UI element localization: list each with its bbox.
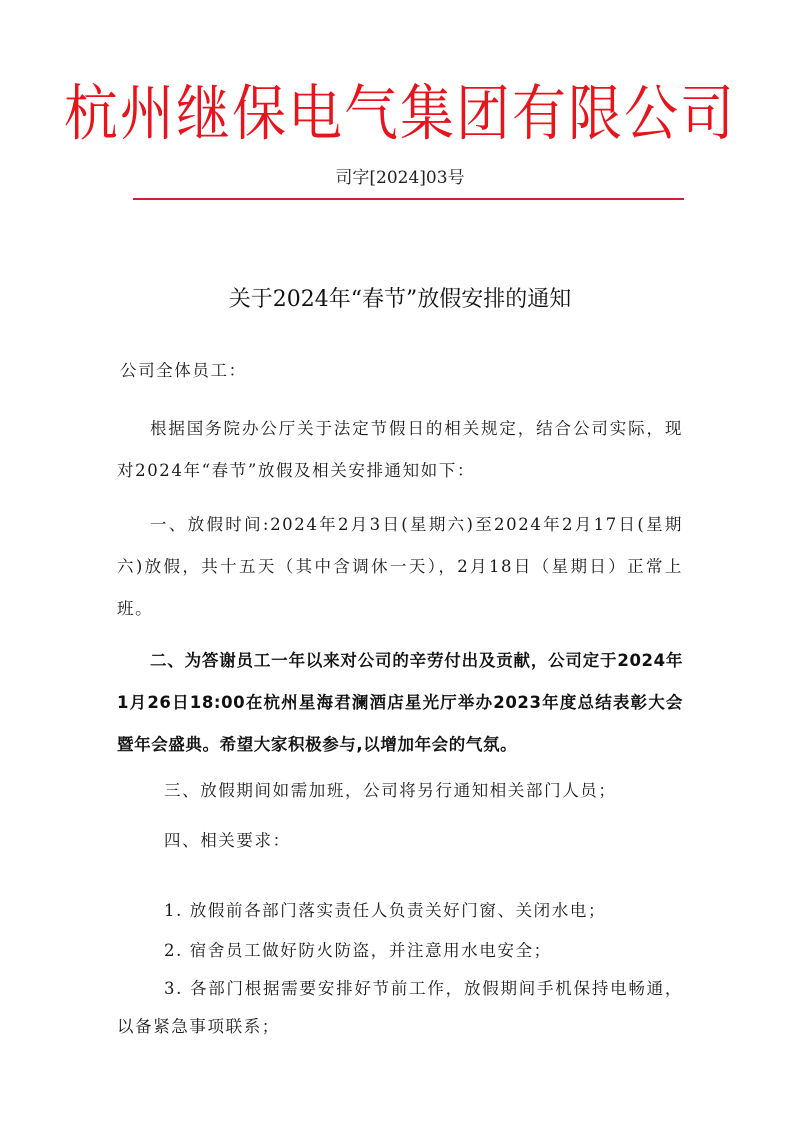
section-holiday-period: 一、放假时间:2024年2月3日(星期六)至2024年2月17日(星期六)放假，… xyxy=(117,504,683,630)
section-requirements-heading: 四、相关要求： xyxy=(164,820,684,862)
salutation: 公司全体员工： xyxy=(120,350,686,392)
section-annual-meeting: 二、为答谢员工一年以来对公司的辛劳付出及贡献，公司定于2024年1月26日18:… xyxy=(117,640,683,766)
letterhead-divider xyxy=(133,198,684,200)
requirement-item: 2. 宿舍员工做好防火防盗，并注意用水电安全； xyxy=(164,930,552,972)
requirement-item: 3. 各部门根据需要安排好节前工作，放假期间手机保持电畅通，以备紧急事项联系； xyxy=(117,970,683,1046)
notice-title: 关于2024年“春节”放假安排的通知 xyxy=(0,285,800,315)
requirement-item: 1. 放假前各部门落实责任人负责关好门窗、关闭水电； xyxy=(164,890,606,932)
organization-letterhead: 杭州继保电气集团有限公司 xyxy=(0,78,800,150)
section-overtime: 三、放假期间如需加班，公司将另行通知相关部门人员； xyxy=(164,770,684,812)
intro-paragraph: 根据国务院办公厅关于法定节假日的相关规定，结合公司实际，现对2024年“春节”放… xyxy=(117,408,683,492)
document-number: 司字[2024]03号 xyxy=(0,167,800,189)
document-page: 杭州继保电气集团有限公司 司字[2024]03号 关于2024年“春节”放假安排… xyxy=(0,0,800,1131)
